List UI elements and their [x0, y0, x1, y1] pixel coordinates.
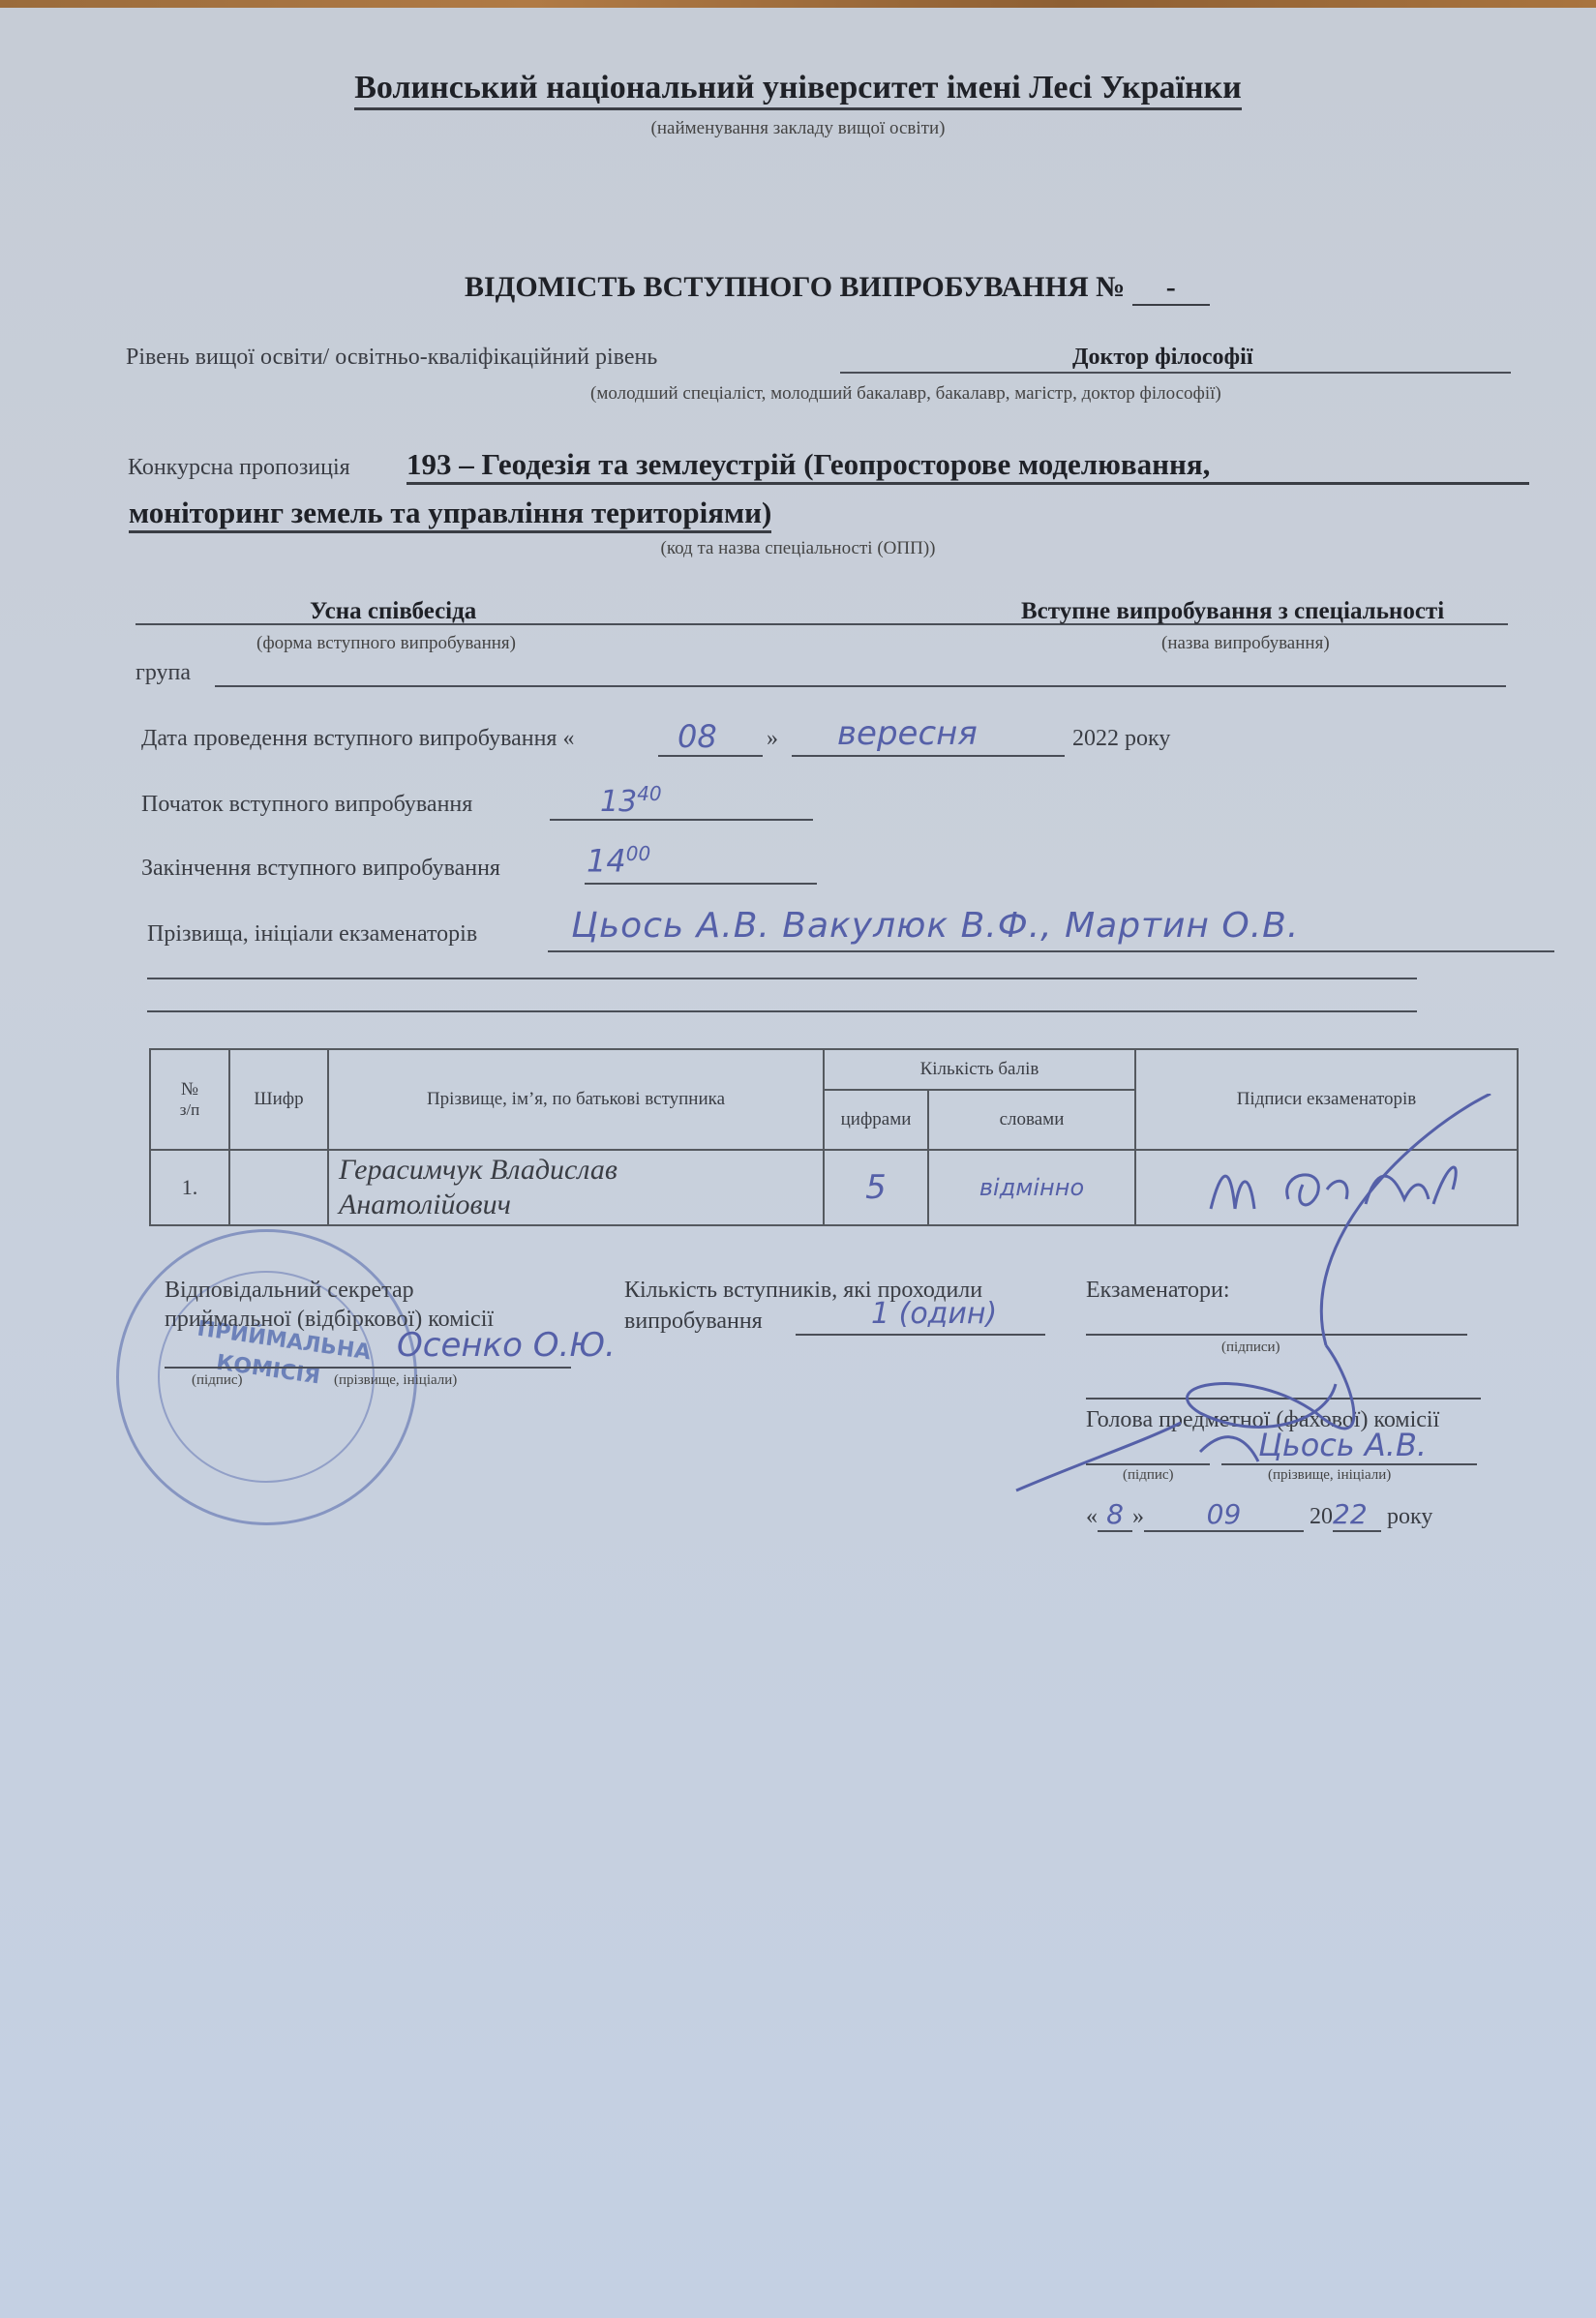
count-label-line2: випробування	[624, 1309, 763, 1335]
level-value: Доктор філософії	[1072, 345, 1253, 371]
group-field[interactable]	[215, 685, 1506, 687]
date-month-field[interactable]	[792, 755, 1065, 757]
end-field[interactable]	[585, 883, 817, 885]
header-code: Шифр	[229, 1049, 328, 1150]
competition-caption: (код та назва спеціальності (ОПП))	[0, 538, 1596, 559]
end-label: Закінчення вступного випробування	[141, 856, 500, 882]
handwritten-signature-strokes-icon	[1007, 1094, 1549, 1529]
start-minutes: 40	[637, 782, 661, 805]
examiners-field[interactable]	[548, 950, 1554, 952]
level-label: Рівень вищої освіти/ освітньо-кваліфікац…	[126, 345, 657, 371]
competition-value-line2: моніторинг земель та управління територі…	[129, 496, 771, 533]
date-month: вересня	[837, 714, 978, 753]
row-name-line2: Анатолійович	[339, 1188, 823, 1222]
row-score-digits-value: 5	[865, 1168, 887, 1207]
row-name: Герасимчук Владислав Анатолійович	[328, 1150, 824, 1225]
table-surface-edge	[0, 0, 1596, 8]
institution-name: Волинський національний університет імен…	[0, 70, 1596, 106]
date-label: Дата проведення вступного випробування «	[141, 726, 574, 752]
examiners-extra-line-2	[147, 1010, 1417, 1012]
document-number: -	[1132, 271, 1210, 306]
level-underline	[840, 372, 1511, 374]
date-day-field[interactable]	[658, 755, 763, 757]
examiners-label: Прізвища, ініціали екзаменаторів	[147, 921, 477, 948]
header-score-digits: цифрами	[824, 1090, 928, 1150]
row-code	[229, 1150, 328, 1225]
date-close-quote: »	[767, 726, 778, 752]
header-num-text: №	[151, 1079, 228, 1100]
secretary-sign-line	[165, 1367, 571, 1369]
date-day: 08	[678, 718, 717, 755]
date-year: 2022 року	[1072, 726, 1170, 752]
secretary-name-caption: (прізвище, ініціали)	[334, 1372, 457, 1389]
start-hours: 13	[600, 785, 637, 819]
row-name-line1: Герасимчук Владислав	[339, 1153, 823, 1188]
start-label: Початок вступного випробування	[141, 792, 472, 818]
exam-form: Усна співбесіда	[310, 598, 476, 625]
group-label: група	[136, 660, 191, 686]
secretary-name: Осенко О.Ю.	[397, 1326, 616, 1365]
header-num-sub: з/п	[151, 1100, 228, 1120]
exam-form-caption: (форма вступного випробування)	[256, 633, 516, 654]
end-minutes: 00	[626, 842, 650, 865]
end-time: 1400	[587, 842, 650, 880]
row-score-digits: 5	[824, 1150, 928, 1225]
institution-text: Волинський національний університет імен…	[354, 70, 1242, 110]
document-title: ВІДОМІСТЬ ВСТУПНОГО ВИПРОБУВАННЯ № -	[465, 271, 1210, 306]
header-name: Прізвище, ім’я, по батькові вступника	[328, 1049, 824, 1150]
competition-value-line1: 193 – Геодезія та землеустрій (Геопросто…	[407, 447, 1529, 485]
secretary-label-line1: Відповідальний секретар	[165, 1278, 414, 1304]
end-hours: 14	[587, 843, 626, 880]
start-time: 1340	[600, 782, 662, 819]
secretary-sign-caption: (підпис)	[192, 1372, 243, 1389]
exam-name-caption: (назва випробування)	[1161, 633, 1330, 654]
examiners-extra-line-1	[147, 978, 1417, 979]
header-score-group: Кількість балів	[824, 1049, 1135, 1090]
competition-label: Конкурсна пропозиція	[128, 455, 350, 481]
count-value: 1 (один)	[871, 1297, 997, 1331]
start-field[interactable]	[550, 819, 813, 821]
document-title-text: ВІДОМІСТЬ ВСТУПНОГО ВИПРОБУВАННЯ №	[465, 271, 1125, 303]
level-caption: (молодший спеціаліст, молодший бакалавр,…	[590, 383, 1221, 405]
examiners-value: Цьось А.В. Вакулюк В.Ф., Мартин О.В.	[571, 906, 1299, 946]
exam-name: Вступне випробування з спеціальності	[1021, 598, 1444, 625]
header-num: № з/п	[150, 1049, 229, 1150]
institution-caption: (найменування закладу вищої освіти)	[0, 118, 1596, 139]
row-num: 1.	[150, 1150, 229, 1225]
